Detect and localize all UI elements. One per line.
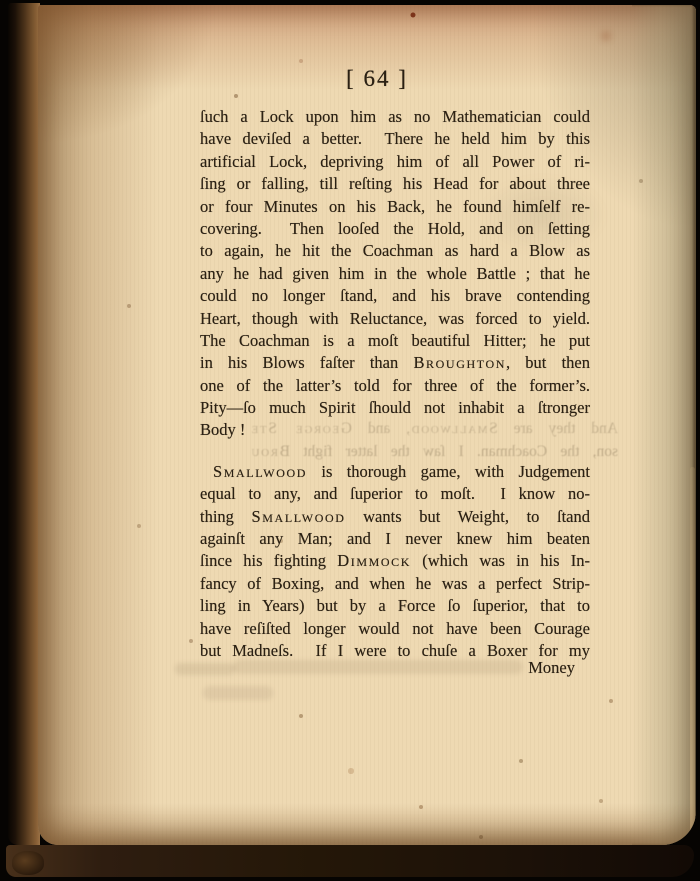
text-segment: have reſiſted longer would not have been… [200, 619, 590, 638]
text-line: any he had given him in the whole Battle… [200, 263, 590, 285]
text-line: in his Blows faſter than Broughton, but … [200, 352, 590, 374]
small-caps-name: George Ste [250, 420, 352, 437]
text-segment: Pity—ſo much Spirit ſhould not inhabit a… [200, 398, 590, 417]
text-segment: have deviſed a better. There he held him… [200, 129, 590, 148]
text-line: to again, he hit the Coachman as hard a … [200, 240, 590, 262]
small-caps-name: Smallwood [410, 420, 498, 437]
bleedthrough-text-line: son, the Coachman. I ſaw the latter figh… [250, 442, 618, 462]
text-segment: fancy of Boxing, and when he was a perfe… [200, 574, 590, 593]
text-segment: againſt any Man; and I never knew him be… [200, 529, 590, 548]
text-line: thing Smallwood wants but Weight, to ſta… [200, 506, 590, 528]
small-caps-name: Smallwood [252, 507, 346, 526]
text-segment: equal to any, and ſuperior to moſt. I kn… [200, 484, 590, 503]
text-line: have reſiſted longer would not have been… [200, 618, 590, 640]
text-segment: to again, he hit the Coachman as hard a … [200, 241, 590, 260]
text-segment: in his Blows faſter than [200, 353, 413, 372]
text-line: Pity—ſo much Spirit ſhould not inhabit a… [200, 397, 590, 419]
book-cover-bottom [6, 845, 694, 877]
book-scan: [ 64 ] ſuch a Lock upon him as no Mathem… [0, 0, 700, 881]
text-segment: could no longer ſtand, and his brave con… [200, 286, 590, 305]
text-line: artificial Lock, depriving him of all Po… [200, 151, 590, 173]
book-page: [ 64 ] ſuch a Lock upon him as no Mathem… [38, 5, 696, 845]
text-segment: (which was in his In- [411, 551, 590, 570]
bleedthrough-text-line: And they are Smallwood, and George Ste [250, 419, 618, 439]
text-segment: covering. Then looſed the Hold, and on ſ… [200, 219, 590, 238]
text-line: Smallwood is thorough game, with Judgeme… [200, 461, 590, 483]
text-segment: The Coachman is a moſt beautiful Hitter;… [200, 331, 590, 350]
catchword: Money [200, 657, 590, 679]
text-segment: ſince his fighting [200, 551, 337, 570]
text-segment: And they are [498, 420, 618, 437]
text-segment: Body ! [200, 420, 245, 439]
text-segment: thing [200, 507, 252, 526]
text-segment: or four Minutes on his Back, he found hi… [200, 197, 590, 216]
text-line: covering. Then looſed the Hold, and on ſ… [200, 218, 590, 240]
page-content: [ 64 ] ſuch a Lock upon him as no Mathem… [38, 5, 696, 845]
small-caps-name: Dimmock [337, 551, 411, 570]
text-segment: , but then [506, 353, 590, 372]
text-line: Heart, though with Reluctance, was force… [200, 308, 590, 330]
text-line: The Coachman is a moſt beautiful Hitter;… [200, 330, 590, 352]
text-line: ling in Years) but by a Force ſo ſuperio… [200, 595, 590, 617]
text-segment: one of the latter’s told for three of th… [200, 376, 590, 395]
text-line: ſuch a Lock upon him as no Mathematician… [200, 106, 590, 128]
small-caps-name: Broughton [413, 353, 506, 372]
paragraph: Smallwood is thorough game, with Judgeme… [200, 461, 590, 663]
text-line: have deviſed a better. There he held him… [200, 128, 590, 150]
text-segment: Heart, though with Reluctance, was force… [200, 309, 590, 328]
paragraphs: ſuch a Lock upon him as no Mathematician… [200, 106, 590, 662]
small-caps-name: Smallwood [213, 462, 307, 481]
text-segment: , and [352, 420, 410, 437]
text-line: could no longer ſtand, and his brave con… [200, 285, 590, 307]
text-segment: son, the Coachman. I ſaw the latter figh… [290, 443, 618, 460]
text-line: equal to any, and ſuperior to moſt. I kn… [200, 483, 590, 505]
text-segment: is thorough game, with Judgement [307, 462, 590, 481]
text-line: one of the latter’s told for three of th… [200, 375, 590, 397]
text-segment: ſing or falling, till reſting his Head f… [200, 174, 590, 193]
text-line: or four Minutes on his Back, he found hi… [200, 196, 590, 218]
page-edge-stack [8, 3, 40, 845]
text-segment: artificial Lock, depriving him of all Po… [200, 152, 590, 171]
text-segment: wants but Weight, to ſtand [346, 507, 590, 526]
page-number: [ 64 ] [182, 63, 572, 95]
text-line: fancy of Boxing, and when he was a perfe… [200, 573, 590, 595]
text-line: againſt any Man; and I never knew him be… [200, 528, 590, 550]
text-segment: ling in Years) but by a Force ſo ſuperio… [200, 596, 590, 615]
text-line: ſince his fighting Dimmock (which was in… [200, 550, 590, 572]
paragraph: ſuch a Lock upon him as no Mathematician… [200, 106, 590, 442]
text-line: ſing or falling, till reſting his Head f… [200, 173, 590, 195]
book-cover-corner [12, 851, 44, 875]
small-caps-name: Brou [250, 443, 290, 460]
text-segment: ſuch a Lock upon him as no Mathematician… [200, 107, 590, 126]
text-segment: any he had given him in the whole Battle… [200, 264, 590, 283]
